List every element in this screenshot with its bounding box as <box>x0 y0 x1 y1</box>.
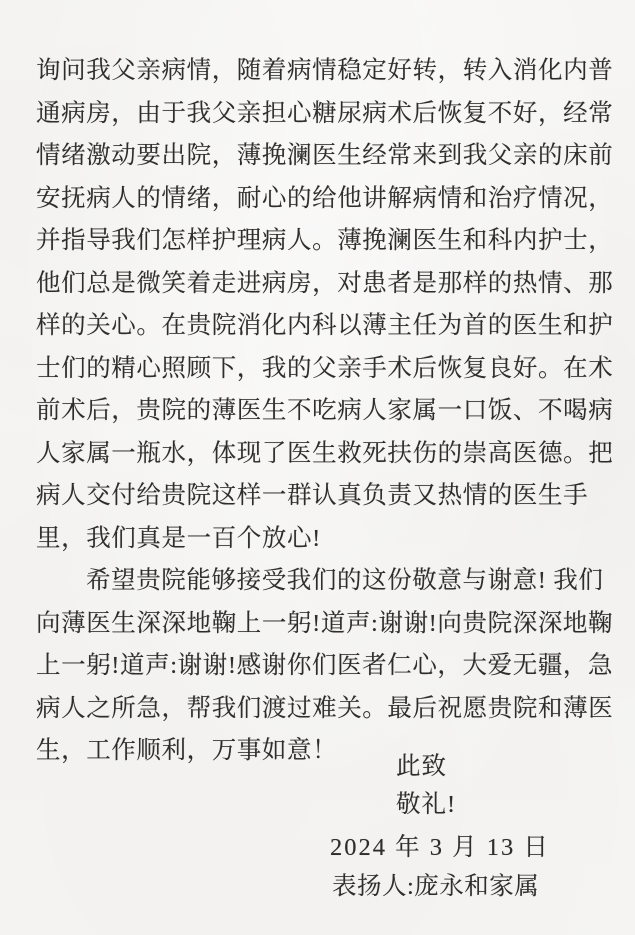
letter-body-line: 并指导我们怎样护理病人。薄挽澜医生和科内护士， <box>36 220 608 263</box>
closing-salute: 敬礼! <box>396 790 456 821</box>
letter-body-line: 前术后，贵院的薄医生不吃病人家属一口饭、不喝病 <box>36 390 608 433</box>
closing-regards: 此致 <box>396 752 447 783</box>
letter-body-line: 上一躬!道声:谢谢!感谢你们医者仁心，大爱无疆，急 <box>36 645 608 688</box>
letter-body-line: 人家属一瓶水，体现了医生救死扶伤的崇高医德。把 <box>36 433 608 476</box>
scanned-letter-page: 询问我父亲病情，随着病情稳定好转，转入消化内普 通病房，由于我父亲担心糖尿病术后… <box>0 0 635 935</box>
letter-body-line: 里，我们真是一百个放心! <box>36 518 608 561</box>
letter-body-line-paragraph-start: 希望贵院能够接受我们的这份敬意与谢意! 我们 <box>36 560 608 603</box>
letter-body-line: 病人交付给贵院这样一群认真负责又热情的医生手 <box>36 475 608 518</box>
letter-body-line: 情绪激动要出院，薄挽澜医生经常来到我父亲的床前 <box>36 135 608 178</box>
letter-body-line: 通病房，由于我父亲担心糖尿病术后恢复不好，经常 <box>36 93 608 136</box>
letter-body-line: 询问我父亲病情，随着病情稳定好转，转入消化内普 <box>36 50 608 93</box>
letter-body-line: 向薄医生深深地鞠上一躬!道声:谢谢!向贵院深深地鞠 <box>36 603 608 646</box>
letter-body-line: 样的关心。在贵院消化内科以薄主任为首的医生和护 <box>36 305 608 348</box>
letter-body-line: 安抚病人的情绪，耐心的给他讲解病情和治疗情况， <box>36 178 608 221</box>
letter-body-line: 士们的精心照顾下，我的父亲手术后恢复良好。在术 <box>36 348 608 391</box>
letter-body-line: 生，工作顺利，万事如意！ <box>36 730 608 773</box>
letter-body-line: 病人之所急，帮我们渡过难关。最后祝愿贵院和薄医 <box>36 688 608 731</box>
letter-body-line: 他们总是微笑着走进病房，对患者是那样的热情、那 <box>36 263 608 306</box>
closing-date: 2024 年 3 月 13 日 <box>330 833 550 864</box>
closing-signer: 表扬人:庞永和家属 <box>332 872 539 903</box>
letter-body: 询问我父亲病情，随着病情稳定好转，转入消化内普 通病房，由于我父亲担心糖尿病术后… <box>36 50 608 773</box>
